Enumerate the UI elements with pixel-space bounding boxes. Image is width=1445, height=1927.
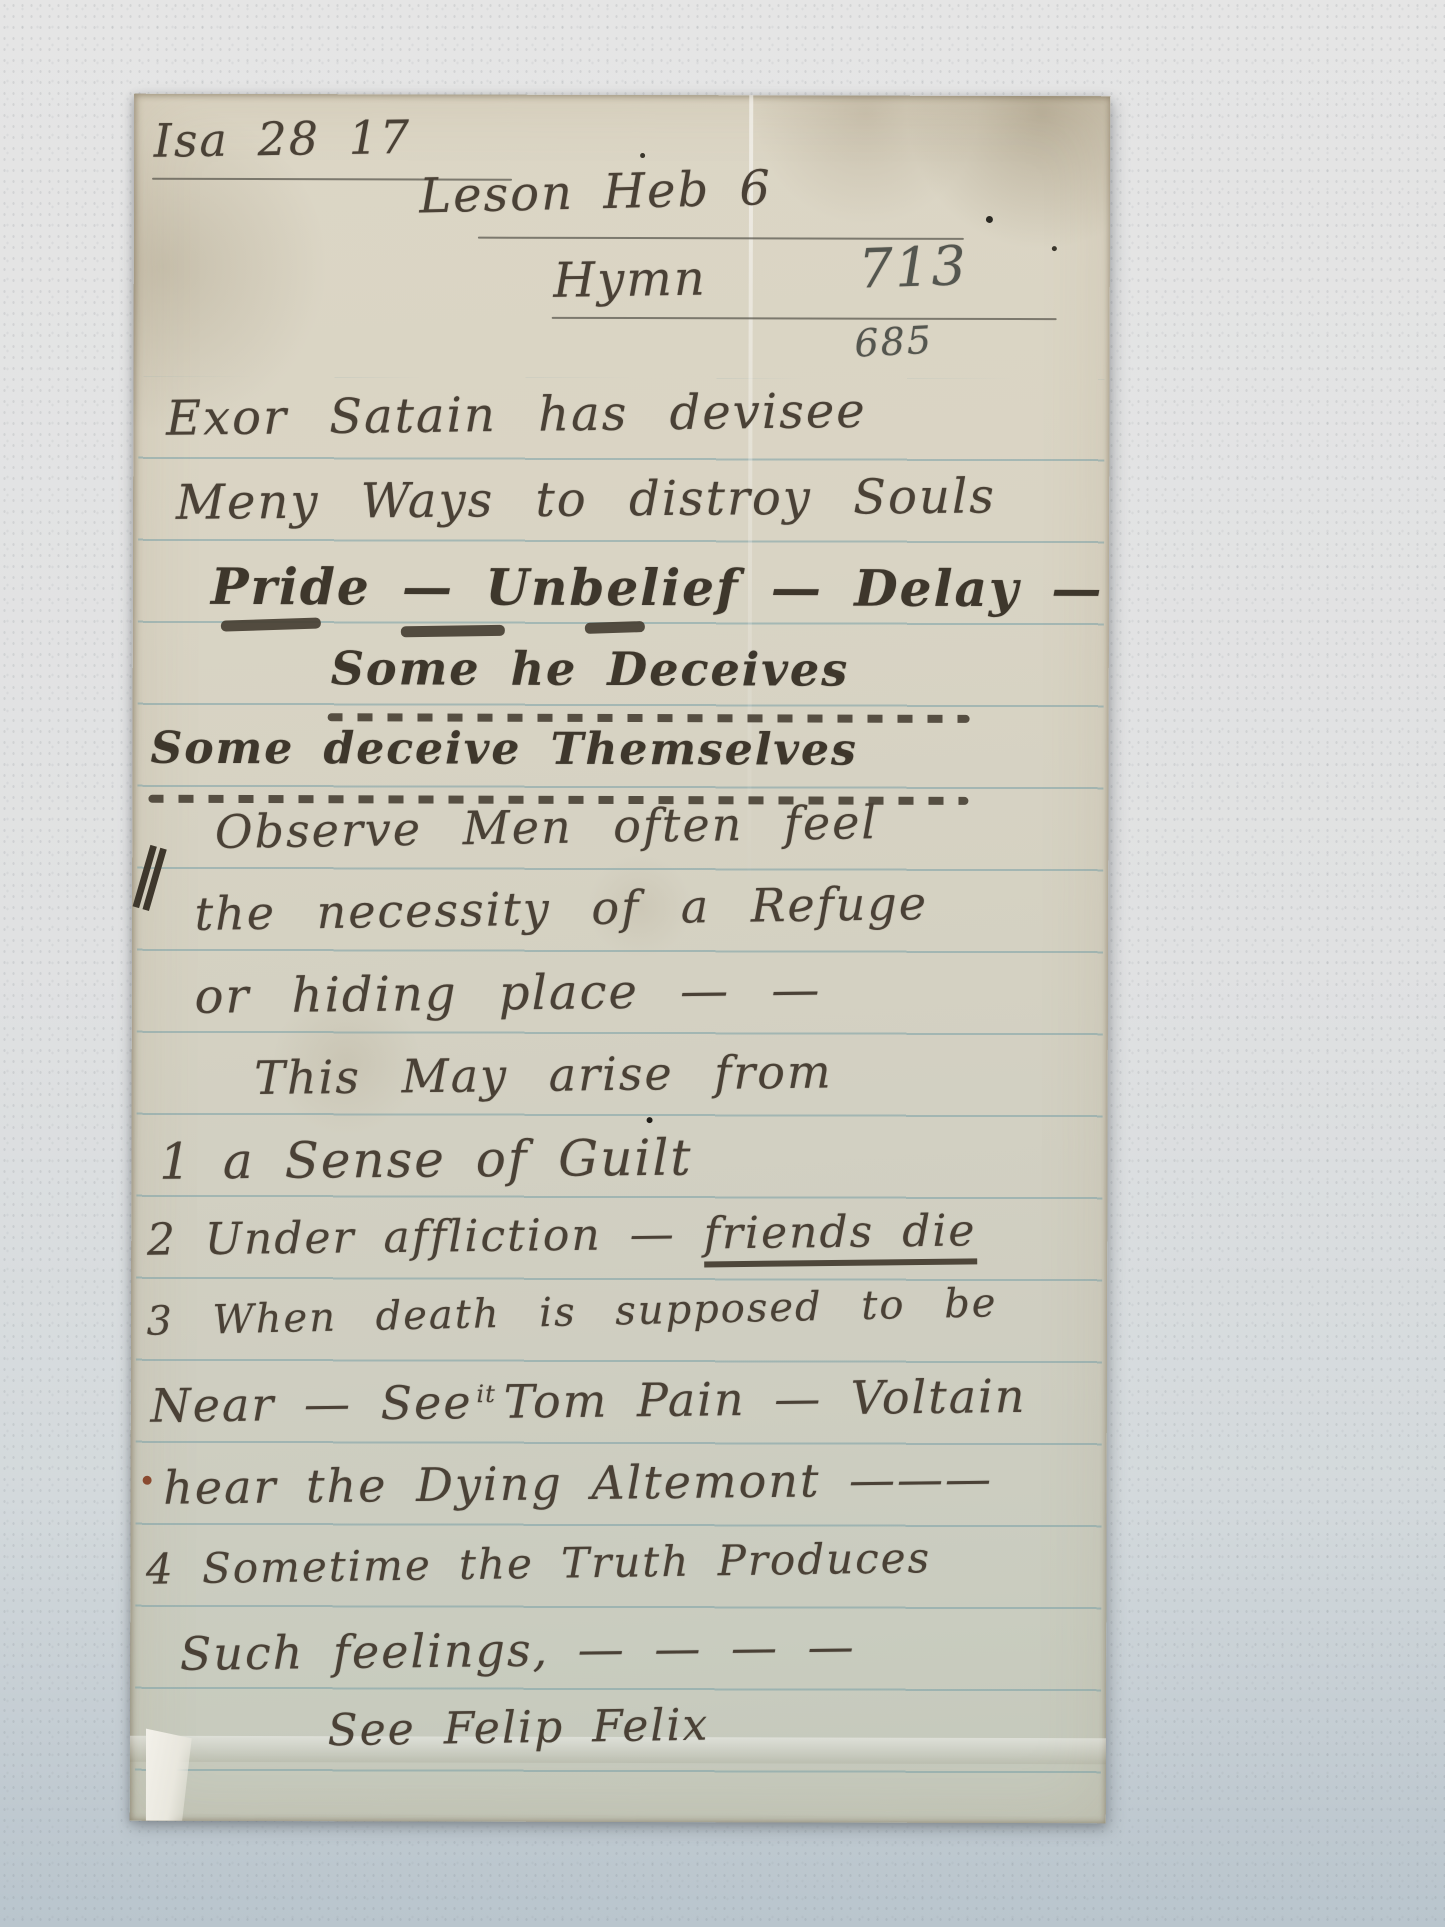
ink-underscore bbox=[585, 621, 645, 634]
manuscript-page: Isa 28 17 Leson Heb 6 Hymn 713 685 Exor … bbox=[130, 94, 1111, 1824]
line-some-he-deceives: Some he Deceives bbox=[331, 641, 850, 696]
line-such-feelings: Such feelings, — — — — bbox=[179, 1619, 855, 1681]
ink-speck bbox=[986, 216, 993, 223]
dashed-underline bbox=[328, 713, 970, 723]
line-under-affliction: 2 Under affliction — friends die bbox=[147, 1205, 977, 1265]
superscript-insertion: it bbox=[476, 1380, 496, 1408]
ink-speck bbox=[1052, 246, 1057, 251]
line-exhortation-satan: Exor Satain has devisee bbox=[166, 383, 867, 447]
line-necessity-refuge: the necessity of a Refuge bbox=[194, 876, 928, 941]
line-ways-to-destroy: Meny Ways to distroy Souls bbox=[176, 468, 996, 530]
photograph-background: Isa 28 17 Leson Heb 6 Hymn 713 685 Exor … bbox=[0, 0, 1445, 1927]
line-see-felix: See Felip Felix bbox=[327, 1700, 710, 1757]
line-tom-pain-voltaire: Near — SeeitTom Pain — Voltain bbox=[150, 1369, 1027, 1433]
line-observe-men: Observe Men often feel bbox=[214, 795, 878, 859]
line-hiding-place: or hiding place — — bbox=[194, 962, 821, 1025]
line-text: 2 Under affliction — bbox=[147, 1209, 676, 1266]
line-dying-altemont: hear the Dying Altemont ——— bbox=[163, 1451, 993, 1514]
line-sense-of-guilt: 1 a Sense of Guilt bbox=[159, 1129, 693, 1191]
lesson-reference: Leson Heb 6 bbox=[419, 160, 773, 224]
line-may-arise-from: This May arise from bbox=[254, 1044, 833, 1105]
hymn-number: 713 bbox=[858, 234, 969, 300]
ink-speck bbox=[647, 1117, 653, 1123]
hymn-label: Hymn bbox=[553, 251, 707, 309]
ink-underscore bbox=[401, 625, 505, 638]
line-text: Near — See bbox=[150, 1375, 473, 1433]
ink-speck bbox=[143, 1476, 152, 1485]
line-pride-unbelief-delay: Pride — Unbelief — Delay — bbox=[211, 557, 1104, 618]
line-some-deceive-themselves: Some deceive Themselves bbox=[150, 723, 857, 776]
underlined-phrase-friends-die: friends die bbox=[703, 1205, 976, 1267]
hymn-number-alt: 685 bbox=[853, 318, 934, 366]
ink-speck bbox=[640, 153, 645, 158]
underline bbox=[552, 317, 1057, 320]
scripture-reference: Isa 28 17 bbox=[153, 110, 411, 168]
line-text: Tom Pain — Voltain bbox=[504, 1369, 1027, 1429]
